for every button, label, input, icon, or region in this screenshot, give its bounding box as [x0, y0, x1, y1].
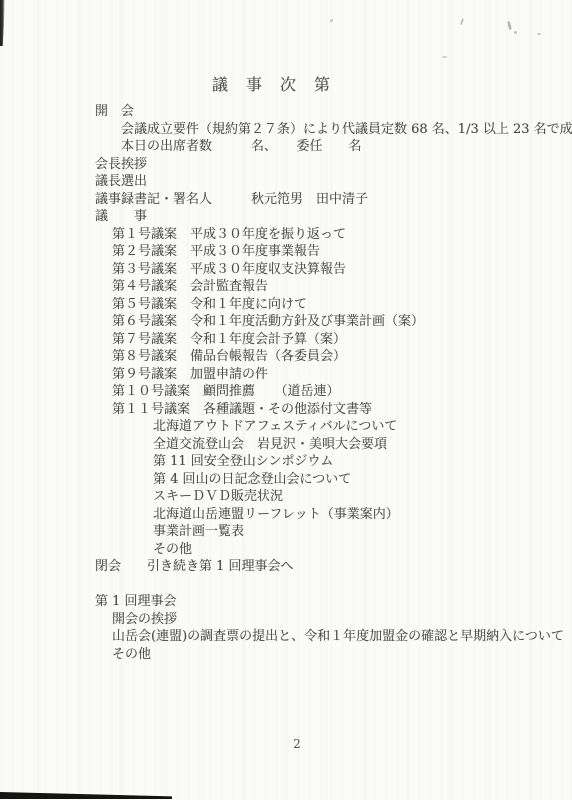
agenda-subitem-3: 第 11 回安全登山シンポジウム	[95, 453, 562, 471]
board-meeting-title: 第 1 回理事会	[95, 593, 562, 611]
agenda-subitem-4: 第 4 回山の日記念登山会について	[95, 471, 562, 489]
agenda-subitem-5: スキーＤＶＤ販売状況	[95, 488, 562, 506]
scan-edge-top-left-artifact	[0, 0, 5, 46]
scan-speck	[507, 21, 512, 30]
board-meeting-item-3: その他	[95, 646, 562, 664]
board-meeting-section: 第 1 回理事会 開会の挨拶 山岳会(連盟)の調査票の提出と、令和１年度加盟金の…	[95, 593, 562, 663]
agenda-subitem-2: 全道交流登山会 岩見沢・美唄大会要項	[95, 436, 562, 454]
agenda-line-closing: 閉会 引き続き第 1 回理事会へ	[95, 558, 562, 576]
agenda-line-opening: 開 会	[95, 103, 562, 121]
page-number: 2	[0, 737, 572, 751]
scan-speck	[442, 56, 447, 58]
proposal-item-4: 第４号議案 会計監査報告	[95, 278, 562, 296]
agenda-subitem-8: その他	[95, 541, 562, 559]
agenda-subitem-6: 北海道山岳連盟リーフレット（事業案内）	[95, 506, 562, 524]
agenda-line-president-greeting: 会長挨拶	[95, 156, 562, 174]
agenda-line-chair-election: 議長選出	[95, 173, 562, 191]
scan-speck	[330, 19, 333, 22]
board-meeting-item-2: 山岳会(連盟)の調査票の提出と、令和１年度加盟金の確認と早期納入について	[95, 628, 562, 646]
board-meeting-item-1: 開会の挨拶	[95, 611, 562, 629]
agenda-line-quorum: 会議成立要件（規約第２７条）により代議員定数 68 名、1/3 以上 23 名で…	[95, 121, 562, 139]
scan-edge-bottom-artifact	[0, 792, 172, 799]
proposal-item-8: 第８号議案 備品台帳報告（各委員会）	[95, 348, 562, 366]
proposal-item-2: 第２号議案 平成３０年度事業報告	[95, 243, 562, 261]
proposal-item-6: 第６号議案 令和１年度活動方針及び事業計画（案）	[95, 313, 562, 331]
proposal-item-3: 第３号議案 平成３０年度収支決算報告	[95, 261, 562, 279]
scan-speck	[460, 18, 464, 25]
proposal-item-11: 第１１号議案 各種議題・その他添付文書等	[95, 401, 562, 419]
scan-speck	[514, 31, 517, 34]
agenda-subitem-7: 事業計画一覧表	[95, 523, 562, 541]
proposal-item-9: 第９号議案 加盟申請の件	[95, 366, 562, 384]
agenda-section: 開 会 会議成立要件（規約第２７条）により代議員定数 68 名、1/3 以上 2…	[95, 103, 562, 663]
document-page: 議 事 次 第 開 会 会議成立要件（規約第２７条）により代議員定数 68 名、…	[0, 0, 572, 800]
agenda-line-secretaries: 議事録書記・署名人 秋元笵男 田中清子	[95, 191, 562, 209]
proposal-item-10: 第１０号議案 顧問推薦 （道岳連）	[95, 383, 562, 401]
page-title: 議 事 次 第	[0, 72, 572, 95]
proposal-item-5: 第５号議案 令和１年度に向けて	[95, 296, 562, 314]
proposal-item-7: 第７号議案 令和１年度会計予算（案）	[95, 331, 562, 349]
agenda-subitem-1: 北海道アウトドアフェスティバルについて	[95, 418, 562, 436]
scan-speck	[537, 33, 541, 35]
agenda-line-attendance: 本日の出席者数 名、 委任 名	[95, 138, 562, 156]
proposal-item-1: 第１号議案 平成３０年度を振り返って	[95, 226, 562, 244]
agenda-line-proceedings-header: 議 事	[95, 208, 562, 226]
